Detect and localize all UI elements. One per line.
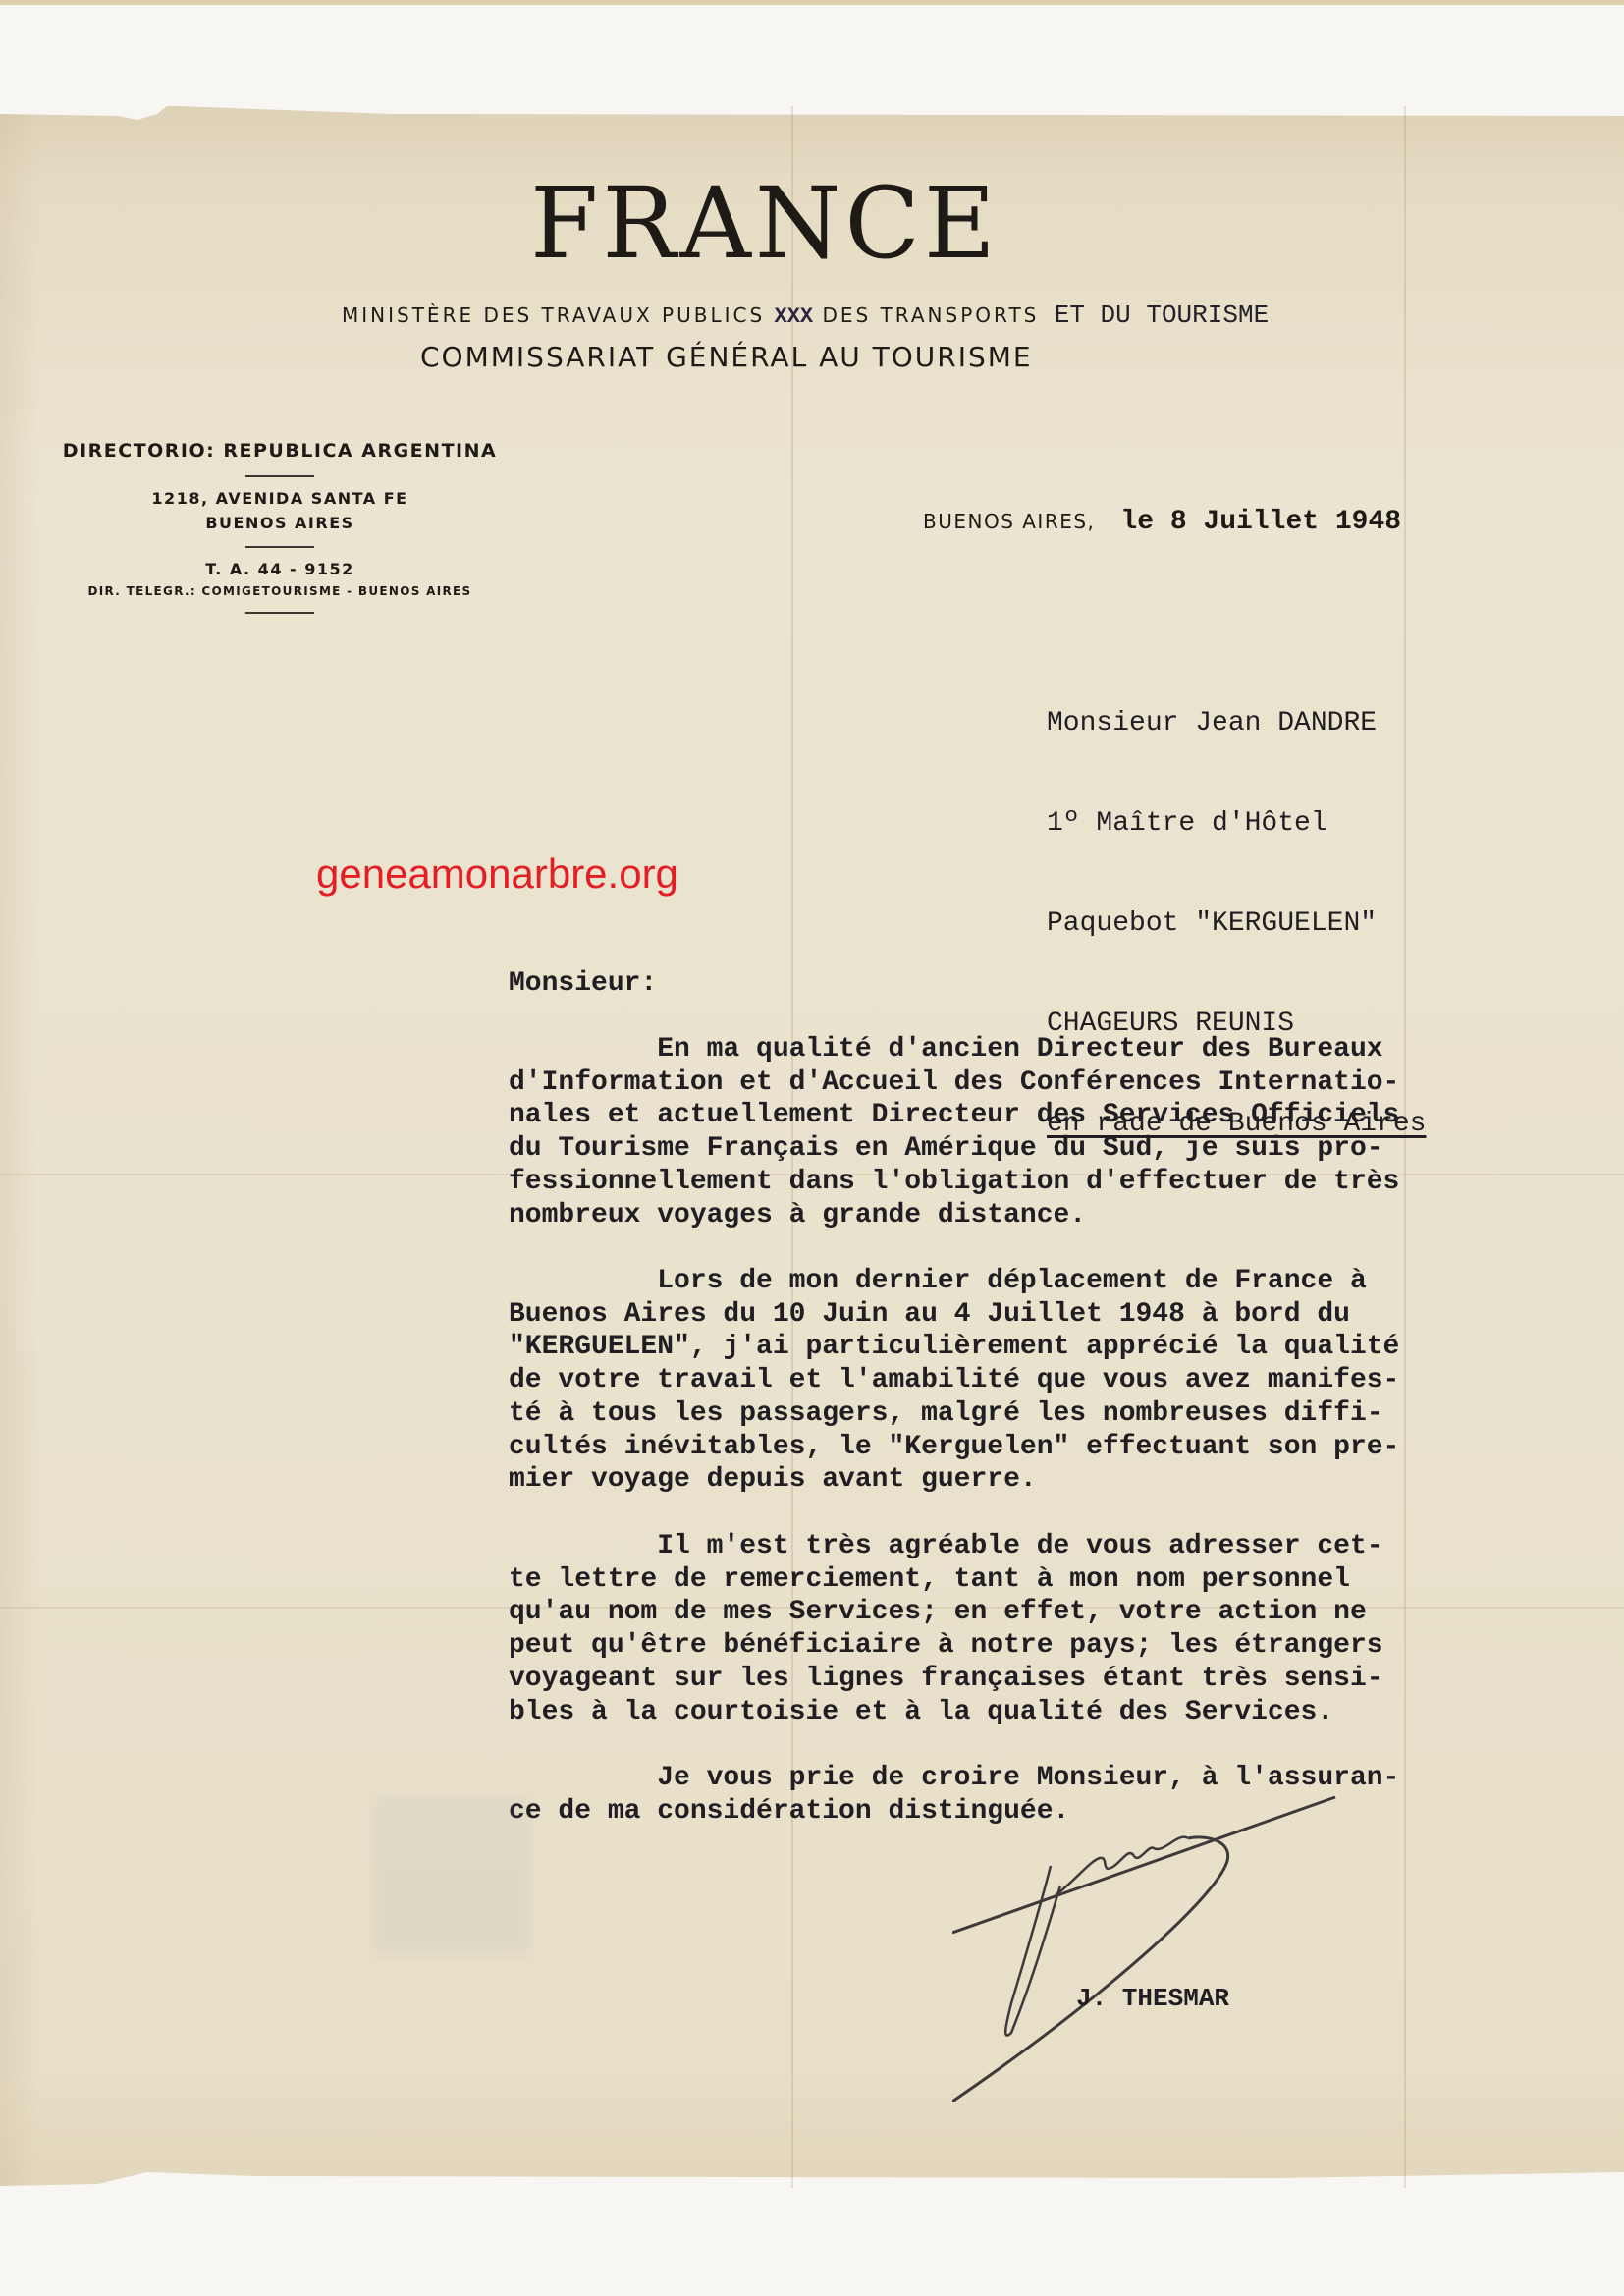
scan-top-strip [0, 0, 1624, 5]
ministry-printed-part-2: DES TRANSPORTS [822, 303, 1039, 327]
bleed-through-stamp [373, 1797, 530, 1954]
dateline-date: le 8 Juillet 1948 [1120, 507, 1401, 537]
divider-rule [245, 546, 314, 548]
directorate-phone: T. A. 44 - 9152 [20, 560, 540, 578]
letterhead-department: COMMISSARIAT GÉNÉRAL AU TOURISME [420, 341, 1033, 373]
directorate-telegraph: DIR. TELEGR.: COMIGETOURISME - BUENOS AI… [20, 584, 540, 598]
signer-name: J. THESMAR [1076, 1984, 1229, 2013]
letterhead-ministry: MINISTÈRE DES TRAVAUX PUBLICS XXX DES TR… [342, 301, 1269, 330]
directorate-block: DIRECTORIO: REPUBLICA ARGENTINA 1218, AV… [20, 440, 540, 626]
directorate-title: DIRECTORIO: REPUBLICA ARGENTINA [20, 440, 540, 462]
letterhead-country: FRANCE [530, 175, 1000, 273]
salutation: Monsieur: [509, 968, 657, 999]
directorate-city: BUENOS AIRES [20, 514, 540, 532]
directorate-street: 1218, AVENIDA SANTA FE [20, 489, 540, 508]
recipient-line: Monsieur Jean DANDRE [1047, 707, 1426, 740]
paragraph-3: Il m'est très agréable de vous adresser … [509, 1530, 1598, 1728]
ministry-typed-addition: ET DU TOURISME [1055, 301, 1269, 330]
ministry-printed-part-1: MINISTÈRE DES TRAVAUX PUBLICS [342, 303, 765, 327]
divider-rule [245, 475, 314, 477]
recipient-line: Paquebot "KERGUELEN" [1047, 907, 1426, 941]
paragraph-1: En ma qualité d'ancien Directeur des Bur… [509, 1033, 1598, 1231]
handwritten-signature-icon [952, 1787, 1365, 2102]
dateline-city: BUENOS AIRES, [923, 510, 1095, 533]
ministry-struck-text: XXX [775, 304, 814, 329]
recipient-line: 1º Maître d'Hôtel [1047, 807, 1426, 841]
divider-rule [245, 612, 314, 614]
paragraph-2: Lors de mon dernier déplacement de Franc… [509, 1265, 1598, 1497]
watermark-link: geneamonarbre.org [316, 850, 678, 898]
dateline: BUENOS AIRES, le 8 Juillet 1948 [923, 507, 1401, 537]
